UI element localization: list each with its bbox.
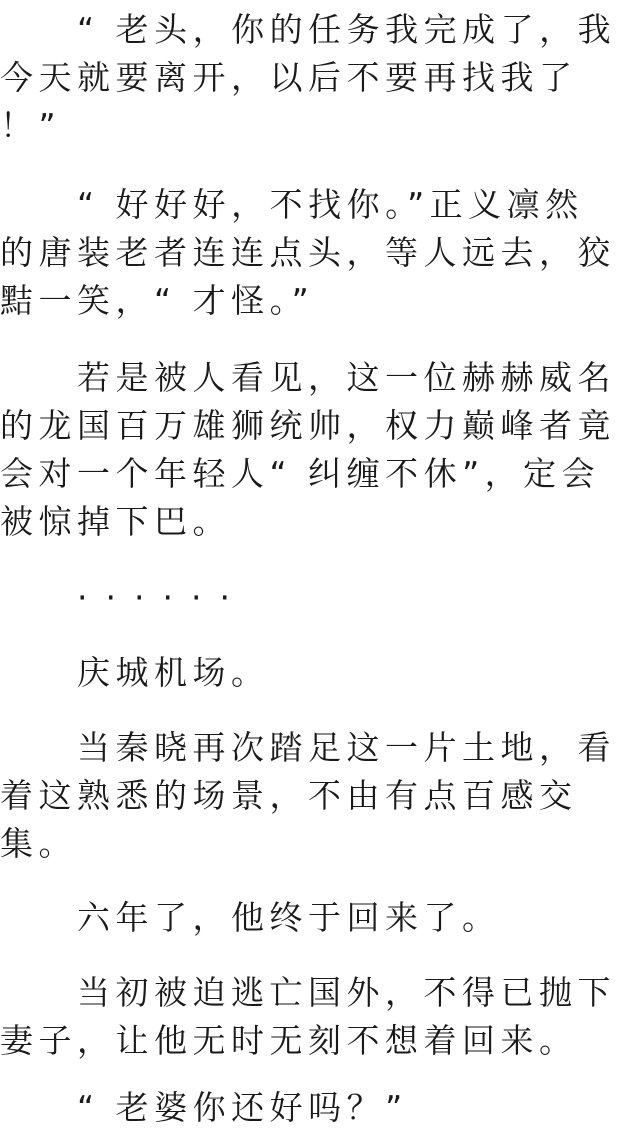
paragraph-5: 庆城机场。	[0, 649, 634, 697]
text-line: 集。	[0, 820, 634, 868]
scene-break: ······	[0, 574, 634, 622]
text-line: 的唐装老者连连点头，等人远去，狡	[0, 229, 634, 277]
text-line: 黠一笑，“ 才怪。”	[0, 277, 634, 325]
text-line: 六年了，他终于回来了。	[0, 894, 634, 942]
paragraph-1: “ 老头，你的任务我完成了，我 今天就要离开，以后不要再找我了 ！”	[0, 6, 634, 150]
text-line: 妻子，让他无时无刻不想着回来。	[0, 1017, 634, 1065]
paragraph-7: 六年了，他终于回来了。	[0, 894, 634, 942]
text-line: 的龙国百万雄狮统帅，权力巅峰者竟	[0, 402, 634, 450]
paragraph-6: 当秦晓再次踏足这一片土地，看 着这熟悉的场景，不由有点百感交 集。	[0, 724, 634, 868]
text-line: “ 老头，你的任务我完成了，我	[0, 6, 634, 54]
text-line: 会对一个年轻人“ 纠缠不休”，定会	[0, 450, 634, 498]
text-line: 若是被人看见，这一位赫赫威名	[0, 354, 634, 402]
text-line: 当秦晓再次踏足这一片土地，看	[0, 724, 634, 772]
text-line: 被惊掉下巴。	[0, 498, 634, 546]
paragraph-9: “ 老婆你还好吗？”	[0, 1084, 634, 1132]
ellipsis-divider: ······	[0, 574, 634, 622]
text-line: 今天就要离开，以后不要再找我了	[0, 54, 634, 102]
text-line: “ 好好好，不找你。”正义凛然	[0, 181, 634, 229]
text-line: 着这熟悉的场景，不由有点百感交	[0, 772, 634, 820]
text-line: “ 老婆你还好吗？”	[0, 1084, 634, 1132]
text-line: 当初被迫逃亡国外，不得已抛下	[0, 969, 634, 1017]
paragraph-8: 当初被迫逃亡国外，不得已抛下 妻子，让他无时无刻不想着回来。	[0, 969, 634, 1065]
paragraph-3: 若是被人看见，这一位赫赫威名 的龙国百万雄狮统帅，权力巅峰者竟 会对一个年轻人“…	[0, 354, 634, 546]
text-line: 庆城机场。	[0, 649, 634, 697]
paragraph-2: “ 好好好，不找你。”正义凛然 的唐装老者连连点头，等人远去，狡 黠一笑，“ 才…	[0, 181, 634, 325]
text-line: ！”	[0, 102, 634, 150]
